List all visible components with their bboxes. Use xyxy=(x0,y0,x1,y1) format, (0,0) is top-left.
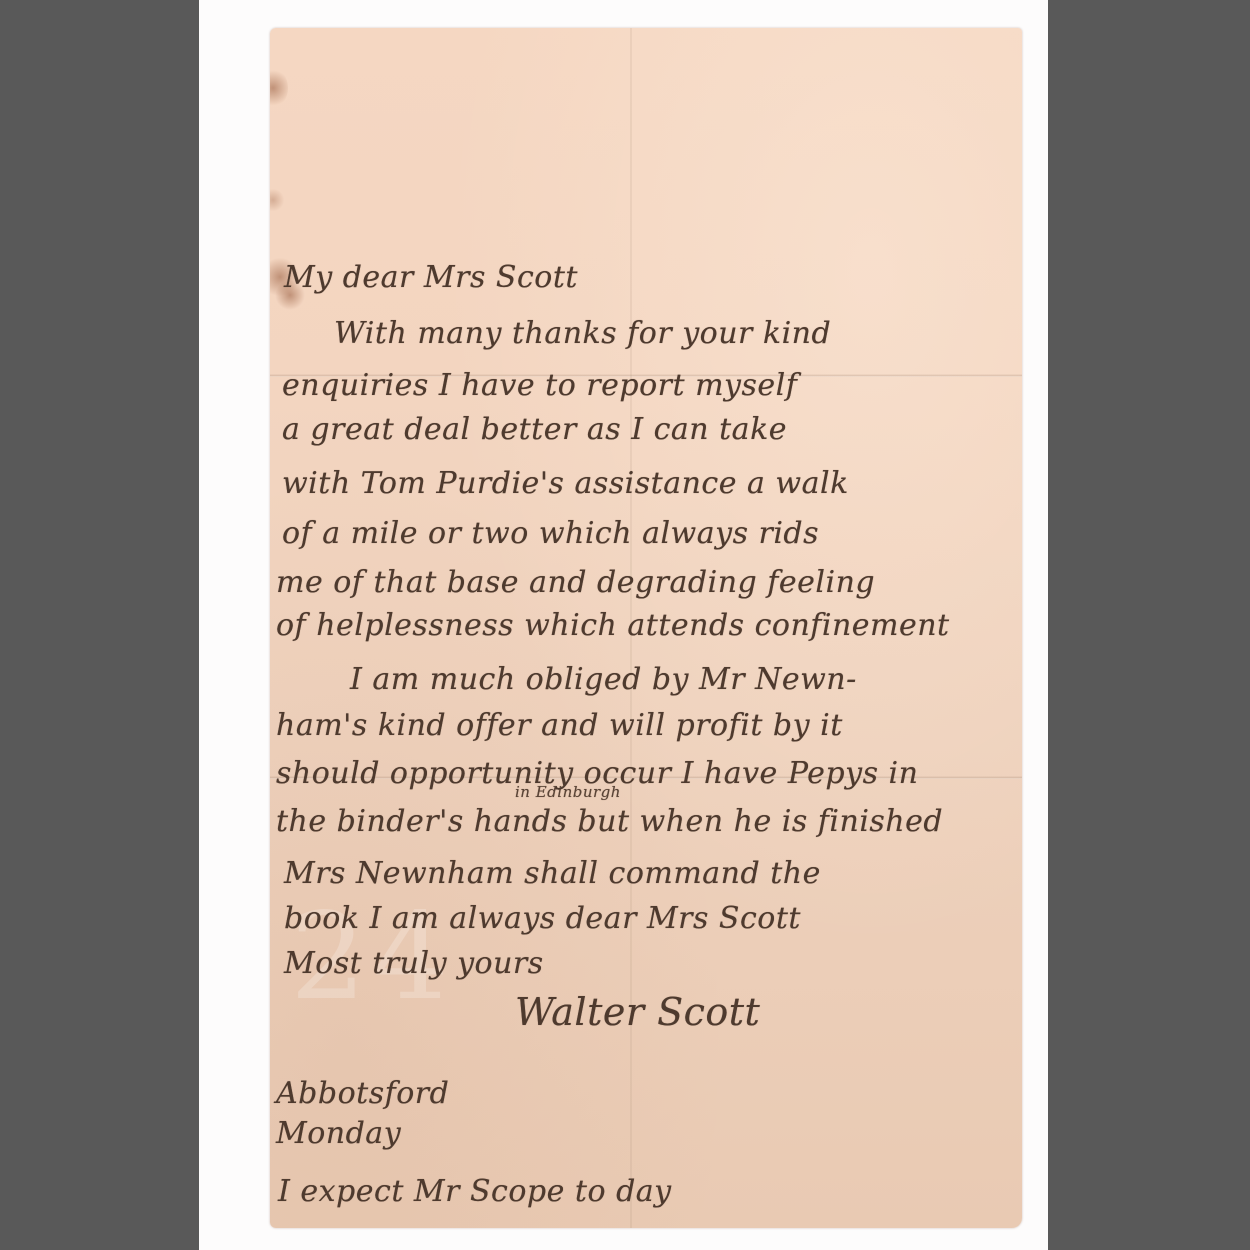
letter-line: with Tom Purdie's assistance a walk xyxy=(282,466,849,501)
ink-stain xyxy=(270,188,284,212)
letter-line: a great deal better as I can take xyxy=(282,412,787,447)
letter-line: me of that base and degrading feeling xyxy=(276,565,875,600)
letter-line: enquiries I have to report myself xyxy=(282,368,797,403)
letter-line: of a mile or two which always rids xyxy=(282,516,819,551)
letter-line: I am much obliged by Mr Newn- xyxy=(350,662,857,697)
place-line: Abbotsford xyxy=(276,1076,449,1111)
letter-line: Mrs Newnham shall command the xyxy=(284,856,821,891)
day-line: Monday xyxy=(276,1116,401,1151)
letter-paper: 24 My dear Mrs Scott With many thanks fo… xyxy=(270,28,1022,1228)
postscript: I expect Mr Scope to day xyxy=(278,1174,672,1209)
interlinear-insertion: in Edinburgh xyxy=(515,783,621,801)
salutation: My dear Mrs Scott xyxy=(284,260,578,295)
letter-line: the binder's hands but when he is finish… xyxy=(276,804,943,839)
letter-line: ham's kind offer and will profit by it xyxy=(276,708,843,743)
letter-line: With many thanks for your kind xyxy=(334,316,831,351)
letter-line: of helplessness which attends confinemen… xyxy=(276,608,950,643)
closing: Most truly yours xyxy=(284,946,544,981)
signature: Walter Scott xyxy=(515,990,760,1034)
letter-line: book I am always dear Mrs Scott xyxy=(284,901,801,936)
ink-stain xyxy=(270,68,288,108)
